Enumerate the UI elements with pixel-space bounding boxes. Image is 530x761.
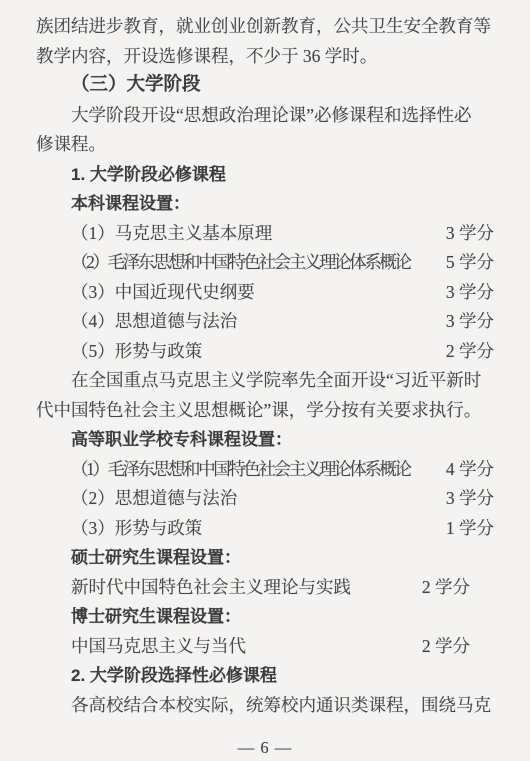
course-label: （4）思想道德与法治: [71, 311, 237, 331]
course-credit: 2 学分: [422, 632, 470, 662]
course-row: （2）思想道德与法治 3 学分: [36, 484, 494, 514]
course-credit: 3 学分: [446, 278, 494, 308]
course-row: 中国马克思主义与当代 2 学分: [36, 632, 494, 662]
course-row: （2）毛泽东思想和中国特色社会主义理论体系概论 5 学分: [36, 248, 494, 278]
course-group-heading: 硕士研究生课程设置：: [36, 543, 494, 573]
course-credit: 5 学分: [446, 248, 494, 278]
course-row: （3）中国近现代史纲要 3 学分: [36, 278, 494, 308]
course-credit: 2 学分: [422, 573, 470, 603]
course-row: （5）形势与政策 2 学分: [36, 337, 494, 367]
course-credit: 3 学分: [446, 484, 494, 514]
course-credit: 3 学分: [446, 307, 494, 337]
course-row: 新时代中国特色社会主义理论与实践 2 学分: [36, 573, 494, 603]
section-heading: （三）大学阶段: [36, 71, 494, 101]
paragraph-line: 代中国特色社会主义思想概论”课，学分按有关要求执行。: [36, 396, 494, 426]
course-credit: 4 学分: [446, 455, 494, 485]
paragraph-line: 修课程。: [36, 130, 494, 160]
course-row: （1）马克思主义基本原理 3 学分: [36, 219, 494, 249]
course-group-heading: 高等职业学校专科课程设置：: [36, 425, 494, 455]
course-row: （3）形势与政策 1 学分: [36, 514, 494, 544]
course-credit: 3 学分: [446, 219, 494, 249]
paragraph-line: 在全国重点马克思主义学院率先全面开设“习近平新时: [36, 366, 494, 396]
course-credit: 1 学分: [446, 514, 494, 544]
subsection-heading: 1. 大学阶段必修课程: [36, 160, 494, 190]
course-label: （1）马克思主义基本原理: [71, 223, 272, 243]
course-group-heading: 本科课程设置：: [36, 189, 494, 219]
course-label: （1）毛泽东思想和中国特色社会主义理论体系概论: [71, 459, 410, 479]
paragraph-line: 各高校结合本校实际，统筹校内通识类课程，围绕马克: [36, 691, 494, 721]
course-label: 中国马克思主义与当代: [71, 636, 246, 656]
course-credit: 2 学分: [446, 337, 494, 367]
paragraph-line: 大学阶段开设“思想政治理论课”必修课程和选择性必: [36, 101, 494, 131]
course-label: （5）形势与政策: [71, 341, 202, 361]
scanned-document-page: 族团结进步教育，就业创业创新教育，公共卫生安全教育等 教学内容，开设选修课程，不…: [0, 0, 530, 761]
paragraph-line: 教学内容，开设选修课程，不少于 36 学时。: [36, 42, 494, 72]
course-label: （2）思想道德与法治: [71, 488, 237, 508]
course-label: （3）中国近现代史纲要: [71, 282, 255, 302]
course-label: 新时代中国特色社会主义理论与实践: [71, 577, 351, 597]
course-label: （2）毛泽东思想和中国特色社会主义理论体系概论: [71, 252, 410, 272]
course-label: （3）形势与政策: [71, 518, 202, 538]
course-row: （4）思想道德与法治 3 学分: [36, 307, 494, 337]
subsection-heading: 2. 大学阶段选择性必修课程: [36, 661, 494, 691]
course-row: （1）毛泽东思想和中国特色社会主义理论体系概论 4 学分: [36, 455, 494, 485]
page-number: — 6 —: [36, 733, 494, 761]
paragraph-line: 族团结进步教育，就业创业创新教育，公共卫生安全教育等: [36, 12, 494, 42]
course-group-heading: 博士研究生课程设置：: [36, 602, 494, 632]
